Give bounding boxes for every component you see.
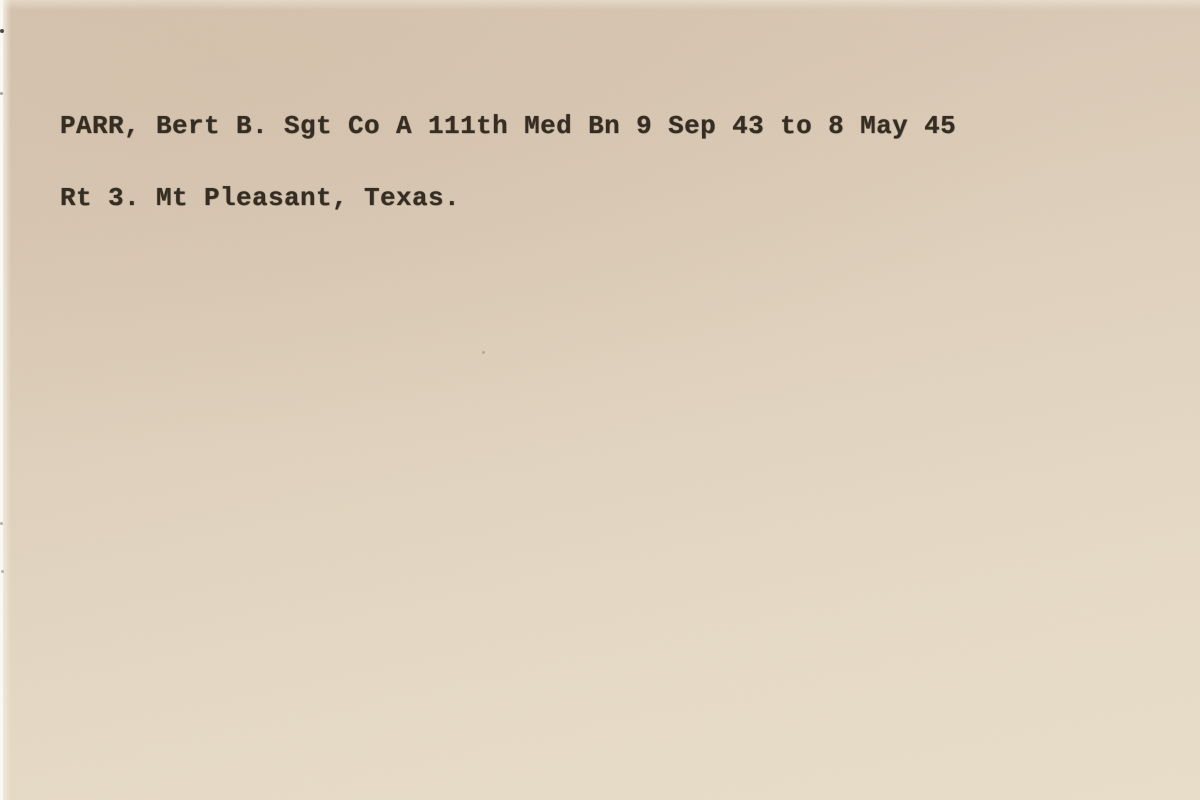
edge-speck [0,29,4,33]
paper-speck [482,351,485,354]
scan-top-highlight [0,0,1200,10]
typed-line-service-record: PARR, Bert B. Sgt Co A 111th Med Bn 9 Se… [60,108,956,144]
edge-speck [0,92,3,95]
typed-text-block: PARR, Bert B. Sgt Co A 111th Med Bn 9 Se… [60,72,956,234]
scanned-index-card: { "card": { "lines": [ "PARR, Bert B. Sg… [0,0,1200,800]
edge-speck [1,570,4,573]
edge-speck [0,522,3,525]
typed-line-address: Rt 3. Mt Pleasant, Texas. [60,180,956,216]
scan-edge-highlight [3,0,11,800]
